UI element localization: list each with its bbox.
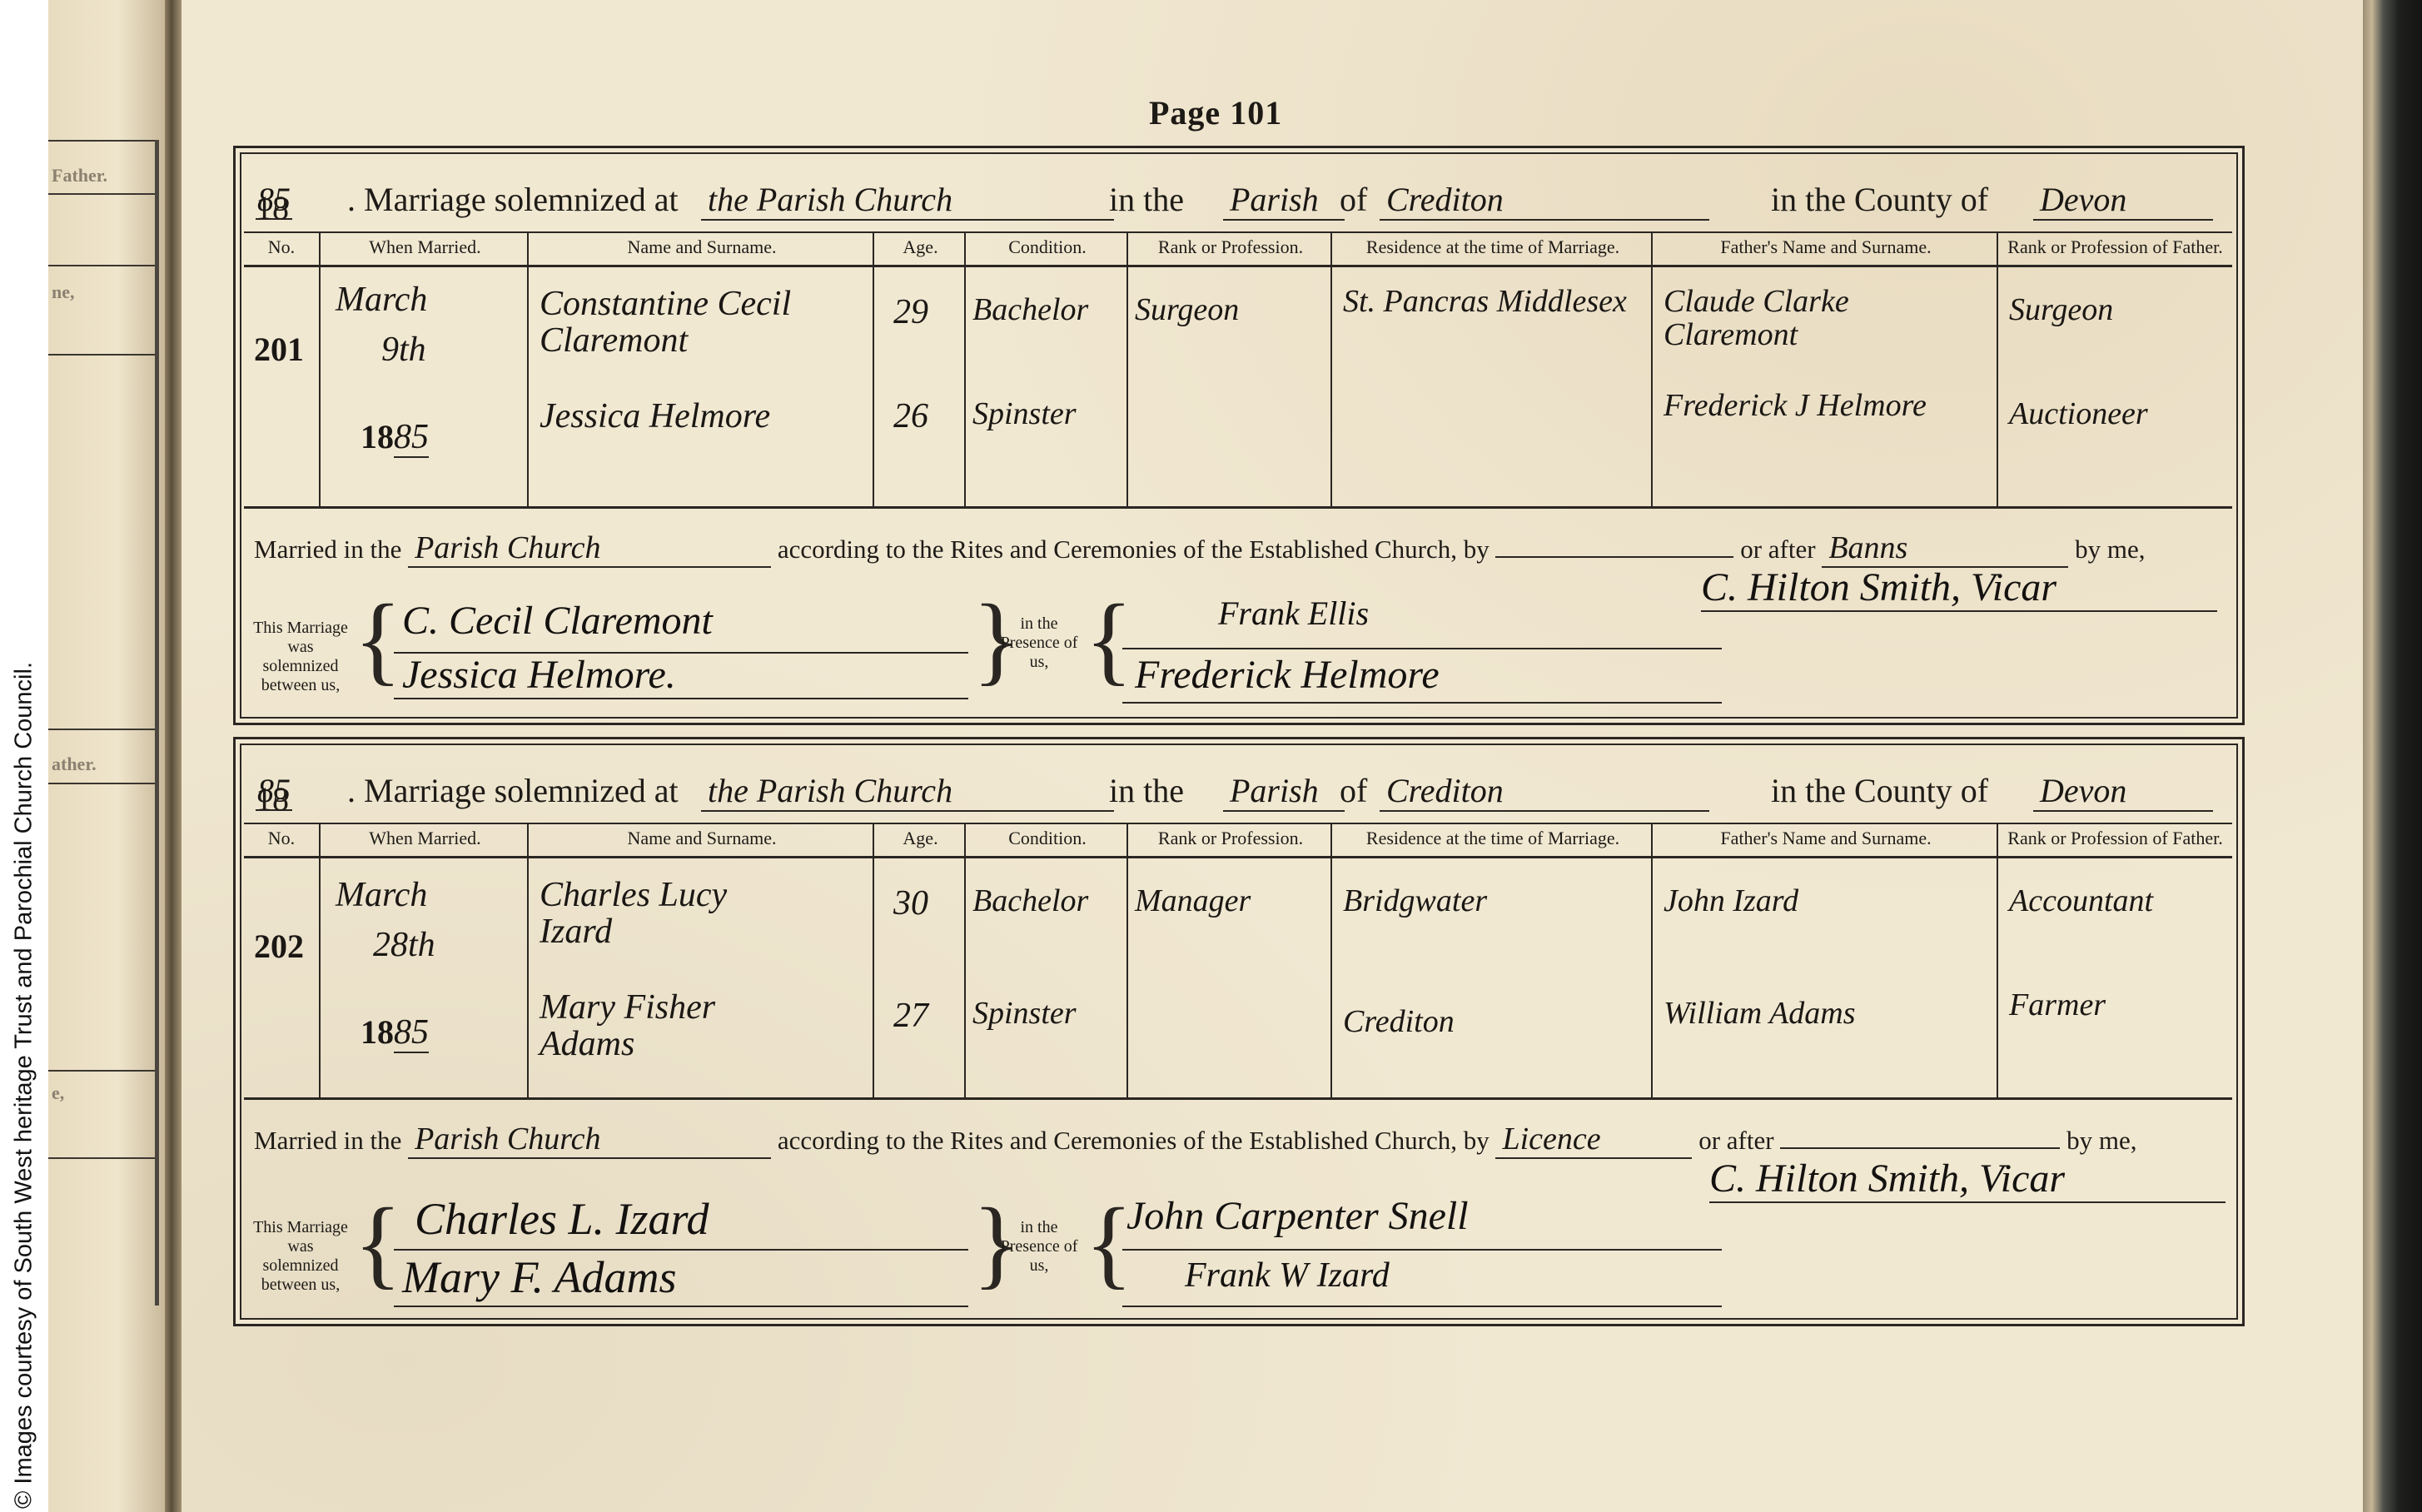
header-name: Name and Surname. <box>531 236 873 258</box>
witness-2-signature: Frank W Izard <box>1185 1256 1390 1296</box>
column-headers: No. When Married. Name and Surname. Age.… <box>244 231 2232 267</box>
in-the-label: in the <box>1109 771 1184 810</box>
groom-signature: C. Cecil Claremont <box>402 598 713 644</box>
entry-number: 202 <box>254 927 304 966</box>
bride-name: Mary Fisher Adams <box>540 989 789 1062</box>
groom-father: Claude Clarke Claremont <box>1664 286 1980 352</box>
groom-residence: St. Pancras Middlesex <box>1343 286 1643 319</box>
year-print: 18 <box>361 418 394 455</box>
groom-father-rank: Accountant <box>2009 885 2153 918</box>
left-page-fragment: e, <box>52 1082 64 1104</box>
entry-number: 201 <box>254 330 304 369</box>
column-headers: No. When Married. Name and Surname. Age.… <box>244 823 2232 858</box>
entry-headline: 1885 . Marriage solemnized at the Parish… <box>247 172 2229 221</box>
left-page-fragment: Father. <box>52 165 107 187</box>
district-type-value: Parish <box>1223 180 1345 221</box>
groom-father: John Izard <box>1664 885 1798 918</box>
district-value: Crediton <box>1380 771 1709 812</box>
page-title: Page 101 <box>1149 93 1282 132</box>
header-age: Age. <box>877 828 964 849</box>
header-father-name: Father's Name and Surname. <box>1655 236 1997 258</box>
married-in-line: Married in the Parish Church according t… <box>254 1121 2136 1159</box>
in-presence-label: in the Presence of us, <box>997 1218 1081 1276</box>
left-page-fragment: ne, <box>52 281 75 303</box>
year-print: 18 <box>361 1013 394 1051</box>
header-no: No. <box>244 828 319 849</box>
bride-father: William Adams <box>1664 997 1856 1031</box>
header-father-rank: Rank or Profession of Father. <box>2001 828 2230 849</box>
witness-1-signature: Frank Ellis <box>1218 594 1369 633</box>
month: March <box>336 877 427 913</box>
county-label: in the County of <box>1771 771 1988 810</box>
by-value: Licence <box>1495 1121 1692 1159</box>
header-when-married: When Married. <box>323 236 527 258</box>
year-hand: 85 <box>394 1013 429 1053</box>
in-the-label: in the <box>1109 180 1184 219</box>
groom-signature: Charles L. Izard <box>415 1193 709 1245</box>
marriage-entry-201: 1885 . Marriage solemnized at the Parish… <box>233 146 2245 725</box>
header-father-name: Father's Name and Surname. <box>1655 828 1997 849</box>
groom-residence: Bridgwater <box>1343 885 1487 918</box>
groom-condition: Bachelor <box>972 885 1088 918</box>
or-after-value: Banns <box>1822 530 2068 568</box>
place-value: the Parish Church <box>701 771 1114 812</box>
facing-page-fragment: Father. ne, ather. e, <box>48 0 165 1512</box>
district-type-value: Parish <box>1223 771 1345 812</box>
header-name: Name and Surname. <box>531 828 873 849</box>
by-value <box>1495 556 1733 558</box>
in-presence-label: in the Presence of us, <box>997 614 1081 672</box>
bride-condition: Spinster <box>972 398 1077 431</box>
or-after-value <box>1780 1147 2060 1149</box>
of-label: of <box>1340 180 1367 219</box>
image-credit: © Images courtesy of South West heritage… <box>11 0 38 1512</box>
this-marriage-label: This Marriage was solemnized between us, <box>251 1218 351 1295</box>
left-page-fragment: ather. <box>52 754 97 775</box>
header-rank: Rank or Profession. <box>1131 236 1330 258</box>
groom-name: Charles Lucy Izard <box>540 877 789 950</box>
place-value: the Parish Church <box>701 180 1114 221</box>
bride-age: 26 <box>893 398 928 435</box>
marriage-entry-202: 1885 . Marriage solemnized at the Parish… <box>233 737 2245 1326</box>
book-edge <box>2363 0 2422 1512</box>
officiant-signature: C. Hilton Smith, Vicar <box>1709 1156 2226 1203</box>
header-rank: Rank or Profession. <box>1131 828 1330 849</box>
groom-father-rank: Surgeon <box>2009 294 2113 327</box>
year-hand: 85 <box>394 418 429 458</box>
header-condition: Condition. <box>968 828 1126 849</box>
bride-residence: Crediton <box>1343 1006 1455 1039</box>
groom-rank: Manager <box>1135 885 1251 918</box>
groom-condition: Bachelor <box>972 294 1088 327</box>
bride-father-rank: Farmer <box>2009 989 2106 1022</box>
header-condition: Condition. <box>968 236 1126 258</box>
bride-father: Frederick J Helmore <box>1664 390 1947 423</box>
year-prefix: 18 <box>256 188 289 227</box>
this-marriage-label: This Marriage was solemnized between us, <box>251 619 351 695</box>
credit-strip: © Images courtesy of South West heritage… <box>0 0 48 1512</box>
witness-1-signature: John Carpenter Snell <box>1126 1193 1469 1239</box>
header-father-rank: Rank or Profession of Father. <box>2001 236 2230 258</box>
day: 28th <box>373 927 435 963</box>
bride-age: 27 <box>893 997 928 1034</box>
groom-name: Constantine Cecil Claremont <box>540 286 864 359</box>
married-in-line: Married in the Parish Church according t… <box>254 530 2145 568</box>
bride-signature: Mary F. Adams <box>402 1251 677 1303</box>
header-when-married: When Married. <box>323 828 527 849</box>
header-residence: Residence at the time of Marriage. <box>1335 828 1651 849</box>
solemnized-label: . Marriage solemnized at <box>347 771 679 810</box>
day: 9th <box>381 331 426 368</box>
bride-condition: Spinster <box>972 997 1077 1031</box>
bride-father-rank: Auctioneer <box>2009 398 2148 431</box>
groom-rank: Surgeon <box>1135 294 1239 327</box>
header-no: No. <box>244 236 319 258</box>
groom-age: 29 <box>893 294 928 331</box>
married-in-value: Parish Church <box>408 1121 771 1159</box>
county-label: in the County of <box>1771 180 1988 219</box>
officiant-signature: C. Hilton Smith, Vicar <box>1701 565 2217 612</box>
book-gutter <box>165 0 182 1512</box>
header-residence: Residence at the time of Marriage. <box>1335 236 1651 258</box>
bride-name: Jessica Helmore <box>540 398 770 435</box>
header-age: Age. <box>877 236 964 258</box>
groom-age: 30 <box>893 885 928 922</box>
county-value: Devon <box>2033 771 2213 812</box>
married-in-value: Parish Church <box>408 530 771 568</box>
entry-headline: 1885 . Marriage solemnized at the Parish… <box>247 763 2229 813</box>
month: March <box>336 281 427 318</box>
year-prefix: 18 <box>256 779 289 818</box>
county-value: Devon <box>2033 180 2213 221</box>
district-value: Crediton <box>1380 180 1709 221</box>
witness-2-signature: Frederick Helmore <box>1135 652 1440 698</box>
bride-signature: Jessica Helmore. <box>402 652 676 698</box>
solemnized-label: . Marriage solemnized at <box>347 180 679 219</box>
of-label: of <box>1340 771 1367 810</box>
